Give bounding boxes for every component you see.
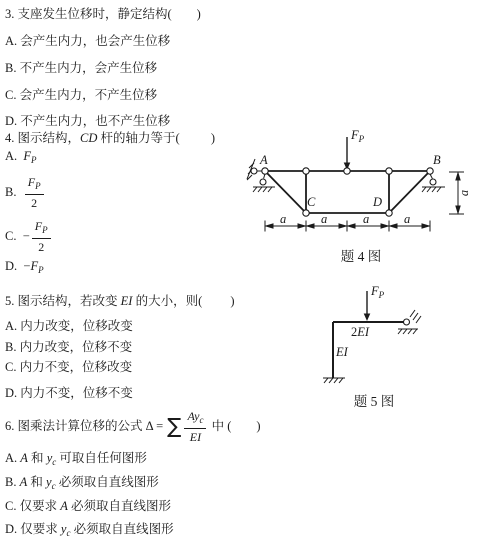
dim-label-a1: a xyxy=(280,212,286,226)
node-label-c: C xyxy=(307,195,315,209)
question-6-option-c: C. 仅要求 A 必须取自直线图形 xyxy=(5,498,171,514)
question-5-option-a: A. 内力改变，位移改变 xyxy=(5,318,133,334)
dim-label-a4: a xyxy=(404,212,410,226)
dim-label-a3: a xyxy=(363,212,369,226)
diagram-4-caption: 题 4 图 xyxy=(331,245,391,265)
node-label-d: D xyxy=(373,195,382,209)
dim-label-height-a: a xyxy=(457,190,471,196)
force-arrow-fp xyxy=(344,137,351,170)
force-label-fp: FP xyxy=(351,128,364,146)
question-3-stem: 3. 支座发生位移时，静定结构( ) xyxy=(5,6,201,22)
question-4-option-b: B. FP2 xyxy=(5,172,46,212)
truss-members xyxy=(265,171,430,213)
question-5-option-d: D. 内力不变，位移不变 xyxy=(5,385,133,401)
question-5-stem: 5. 图示结构，若改变 EI 的大小，则( ) xyxy=(5,293,235,309)
node-label-b: B xyxy=(433,153,441,167)
exam-page: 3. 支座发生位移时，静定结构( ) A. 会产生内力，也会产生位移 B. 不产… xyxy=(0,0,490,539)
frame-diagram-q5: FP 2EI EI 题 5 图 xyxy=(305,283,465,408)
force-label-fp: FP xyxy=(371,284,384,302)
fixed-support-base xyxy=(323,378,345,383)
question-5-option-b: B. 内力改变，位移不变 xyxy=(5,339,132,355)
question-6-stem: 6. 图乘法计算位移的公式 Δ = ∑AycEI 中 ( ) xyxy=(5,408,261,444)
question-5-option-c: C. 内力不变，位移改变 xyxy=(5,359,132,375)
question-3-option-d: D. 不产生内力，也不产生位移 xyxy=(5,113,170,129)
diagram-5-caption: 题 5 图 xyxy=(345,390,403,410)
truss-diagram-q4: FP A B C D a a a a a 题 4 图 xyxy=(245,125,490,270)
question-3-option-c: C. 会产生内力，不产生位移 xyxy=(5,87,157,103)
dim-label-a2: a xyxy=(321,212,327,226)
roller-hinge-circle xyxy=(404,319,410,325)
question-4-option-d: D. −FP xyxy=(5,258,44,278)
question-3-option-b: B. 不产生内力，会产生位移 xyxy=(5,60,157,76)
question-4-option-c: C. −FP2 xyxy=(5,216,53,256)
question-3-option-a: A. 会产生内力，也会产生位移 xyxy=(5,33,170,49)
question-4-option-a: A. FP xyxy=(5,148,37,168)
question-6-option-a: A. A 和 yc 可取自任何图形 xyxy=(5,450,147,470)
beam-stiffness-label: 2EI xyxy=(351,325,369,339)
question-4-stem: 4. 图示结构，CD 杆的轴力等于( ) xyxy=(5,130,215,146)
node-label-a: A xyxy=(260,153,268,167)
question-6-option-d: D. 仅要求 yc 必须取自直线图形 xyxy=(5,521,174,539)
question-6-option-b: B. A 和 yc 必须取自直线图形 xyxy=(5,474,159,494)
column-stiffness-label: EI xyxy=(336,345,348,359)
force-arrow-fp xyxy=(364,291,371,321)
